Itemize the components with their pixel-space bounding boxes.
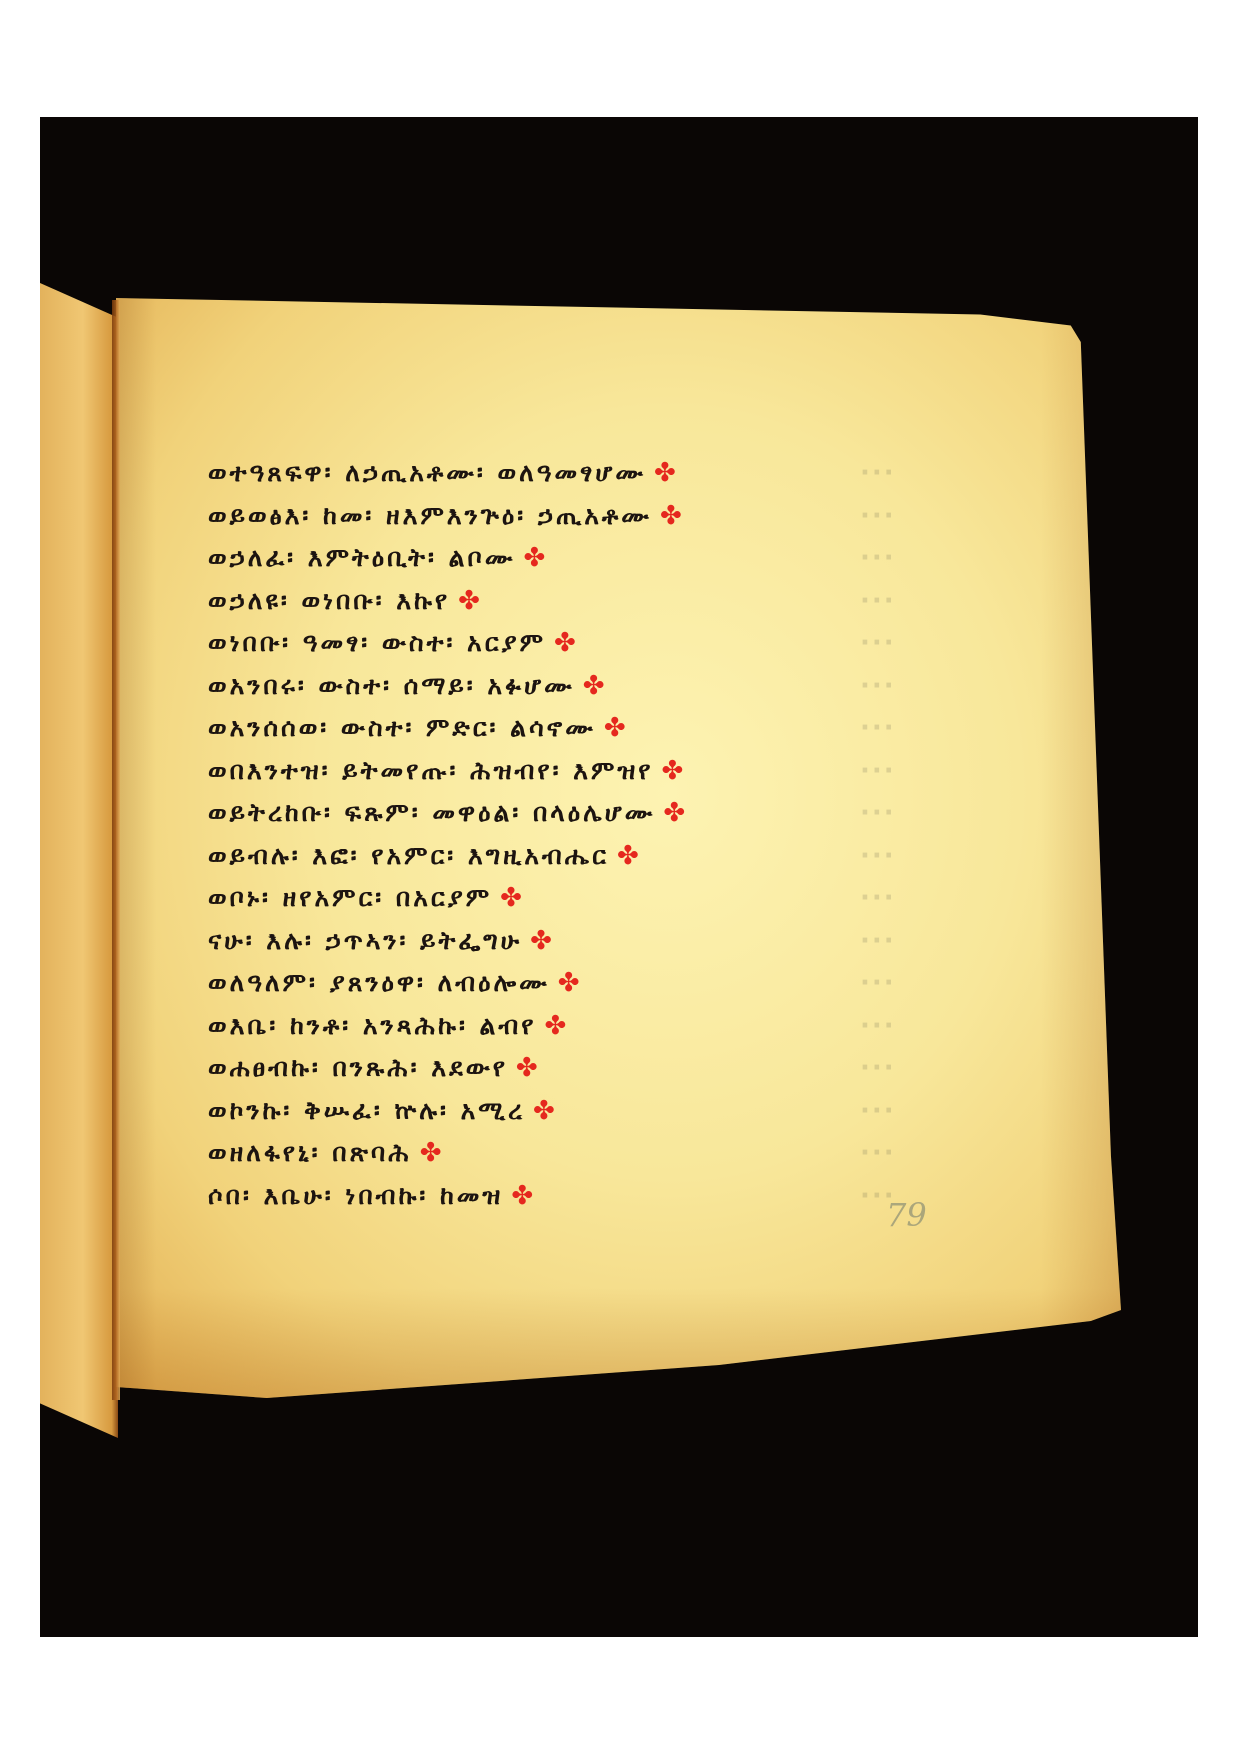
red-section-mark-icon: ✤ [583,665,605,708]
text-line: ወይብሉ፡ እፎ፡ የአምር፡ እግዚአብሔር✤ [208,835,888,878]
manuscript-text-block: ወተዓጸፍዋ፡ ለኃጢአቶሙ፡ ወለዓመፃሆሙ✤ ወይወፅእ፡ ከመ፡ ዘእምእ… [208,452,888,1217]
text-line: ወቦኑ፡ ዘየአምር፡ በአርያም✤ [208,877,888,920]
folio-number: 79 [886,1196,927,1234]
text-line: ወዘለፋየኒ፡ በጽባሕ✤ [208,1132,888,1175]
red-section-mark-icon: ✤ [530,920,552,963]
line-text: ወነበቡ፡ ዓመፃ፡ ውስተ፡ አርያም [208,628,546,657]
text-line: ወኮንኩ፡ ቅሡፈ፡ ኵሉ፡ አሚረ✤ [208,1090,888,1133]
line-text: ወዘለፋየኒ፡ በጽባሕ [208,1138,412,1167]
line-text: ወበእንተዝ፡ ይትመየጡ፡ ሕዝብየ፡ እምዝየ [208,756,654,785]
red-section-mark-icon: ✤ [554,622,576,665]
line-text: ወሐፀብኩ፡ በንጹሕ፡ እደውየ [208,1053,508,1082]
red-section-mark-icon: ✤ [420,1132,442,1175]
red-section-mark-icon: ✤ [663,792,685,835]
red-section-mark-icon: ✤ [458,580,480,623]
verso-page-edge [40,283,118,1438]
text-line: ወበእንተዝ፡ ይትመየጡ፡ ሕዝብየ፡ እምዝየ✤ [208,750,888,793]
line-text: ወይብሉ፡ እፎ፡ የአምር፡ እግዚአብሔር [208,841,609,870]
red-section-mark-icon: ✤ [604,707,626,750]
line-text: ሶበ፡ እቤሁ፡ ነበብኩ፡ ከመዝ [208,1181,503,1210]
book-gutter [112,300,120,1400]
text-line: ወኃለፈ፡ እምትዕቢት፡ ልቦሙ✤ [208,537,888,580]
text-line: ሶበ፡ እቤሁ፡ ነበብኩ፡ ከመዝ✤ [208,1175,888,1218]
line-text: ወኃለዩ፡ ወነበቡ፡ እኩየ [208,586,450,615]
text-line: ወይትረከቡ፡ ፍጹም፡ መዋዕል፡ በላዕሌሆሙ✤ [208,792,888,835]
red-section-mark-icon: ✤ [516,1047,538,1090]
red-section-mark-icon: ✤ [662,750,684,793]
text-line: ወለዓለም፡ ያጸንዕዋ፡ ለብዕሎሙ✤ [208,962,888,1005]
line-text: ወይትረከቡ፡ ፍጹም፡ መዋዕል፡ በላዕሌሆሙ [208,798,655,827]
red-section-mark-icon: ✤ [654,452,676,495]
red-section-mark-icon: ✤ [660,495,682,538]
text-line: ወአንሰሰወ፡ ውስተ፡ ምድር፡ ልሳኖሙ✤ [208,707,888,750]
text-line: ወአንበሩ፡ ውስተ፡ ሰማይ፡ አፉሆሙ✤ [208,665,888,708]
red-section-mark-icon: ✤ [533,1090,555,1133]
line-text: ናሁ፡ እሉ፡ ኃጥኣን፡ ይትፌግሁ [208,926,522,955]
line-text: ወእቤ፡ ከንቶ፡ አንጻሕኩ፡ ልብየ [208,1011,536,1040]
red-section-mark-icon: ✤ [558,962,580,1005]
text-line: ወተዓጸፍዋ፡ ለኃጢአቶሙ፡ ወለዓመፃሆሙ✤ [208,452,888,495]
line-text: ወቦኑ፡ ዘየአምር፡ በአርያም [208,883,492,912]
line-text: ወተዓጸፍዋ፡ ለኃጢአቶሙ፡ ወለዓመፃሆሙ [208,458,646,487]
text-line: ወይወፅእ፡ ከመ፡ ዘእምእንጕዕ፡ ኃጢአቶሙ✤ [208,495,888,538]
red-section-mark-icon: ✤ [500,877,522,920]
line-text: ወኃለፈ፡ እምትዕቢት፡ ልቦሙ [208,543,515,572]
line-text: ወአንበሩ፡ ውስተ፡ ሰማይ፡ አፉሆሙ [208,671,575,700]
text-line: ወነበቡ፡ ዓመፃ፡ ውስተ፡ አርያም✤ [208,622,888,665]
text-line: ወሐፀብኩ፡ በንጹሕ፡ እደውየ✤ [208,1047,888,1090]
line-text: ወአንሰሰወ፡ ውስተ፡ ምድር፡ ልሳኖሙ [208,713,596,742]
text-line: ወእቤ፡ ከንቶ፡ አንጻሕኩ፡ ልብየ✤ [208,1005,888,1048]
red-section-mark-icon: ✤ [523,537,545,580]
line-text: ወኮንኩ፡ ቅሡፈ፡ ኵሉ፡ አሚረ [208,1096,525,1125]
text-line: ናሁ፡ እሉ፡ ኃጥኣን፡ ይትፌግሁ✤ [208,920,888,963]
red-section-mark-icon: ✤ [544,1005,566,1048]
red-section-mark-icon: ✤ [511,1175,533,1218]
line-text: ወይወፅእ፡ ከመ፡ ዘእምእንጕዕ፡ ኃጢአቶሙ [208,501,652,530]
red-section-mark-icon: ✤ [617,835,639,878]
line-text: ወለዓለም፡ ያጸንዕዋ፡ ለብዕሎሙ [208,968,550,997]
text-line: ወኃለዩ፡ ወነበቡ፡ እኩየ✤ [208,580,888,623]
